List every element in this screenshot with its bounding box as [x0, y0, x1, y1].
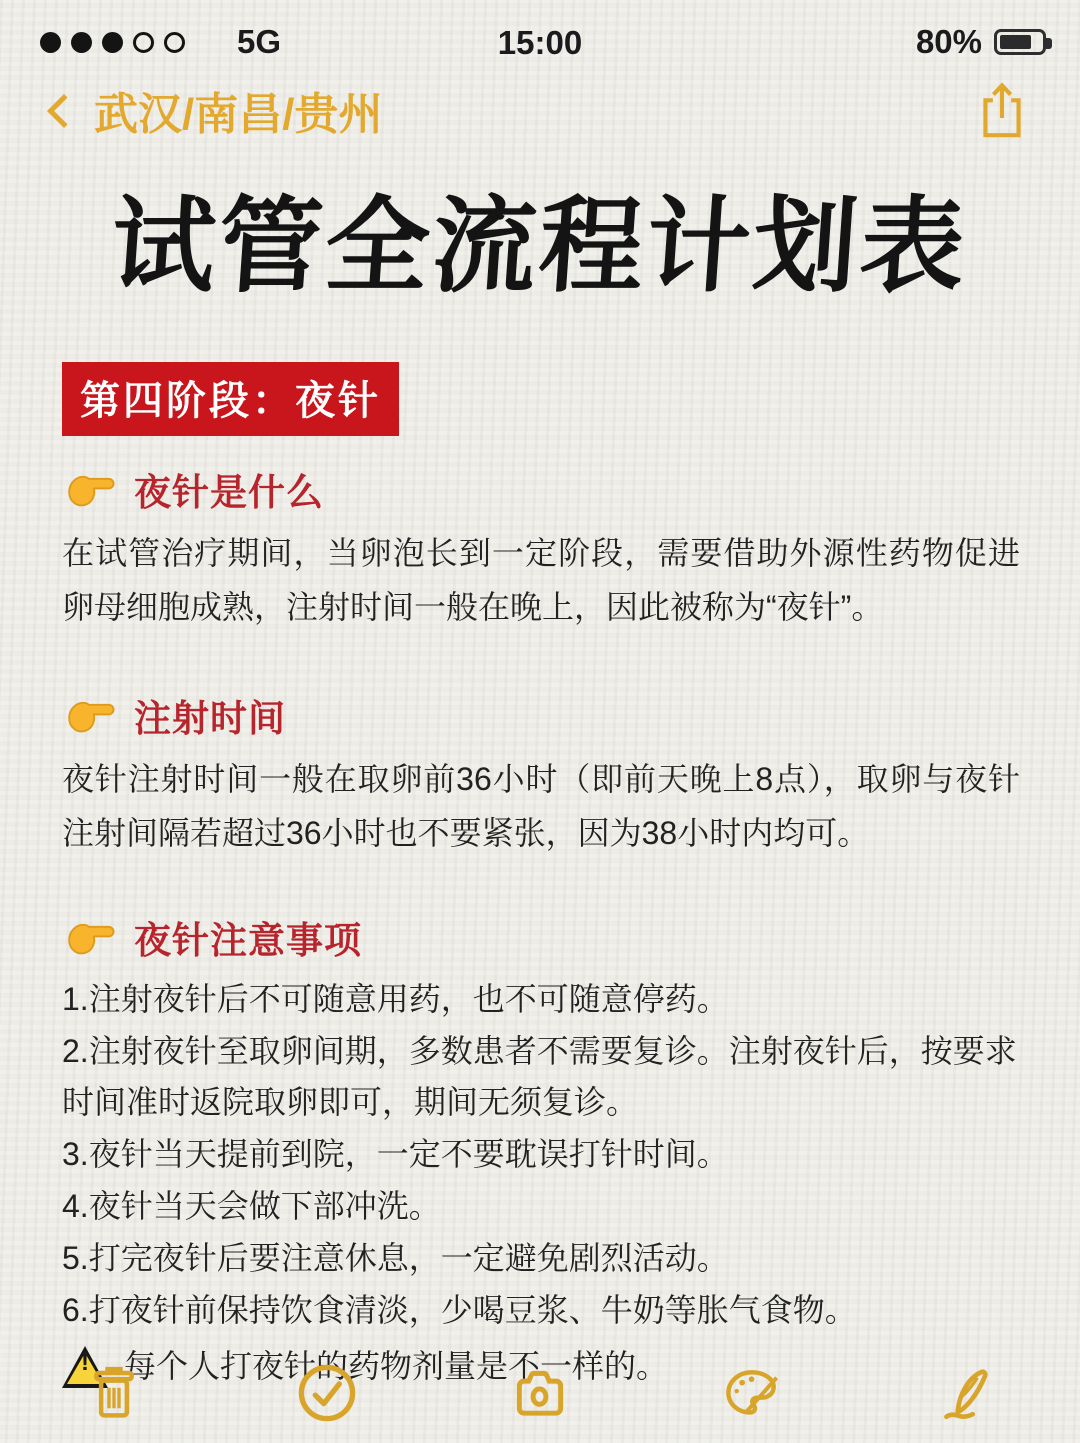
nav-bar: 武汉/南昌/贵州: [0, 64, 1080, 140]
precautions-list: 1.注射夜针后不可随意用药，也不可随意停药。 2.注射夜针至取卵间期，多数患者不…: [62, 974, 1020, 1336]
section-injection-time: 注射时间 夜针注射时间一般在取卵前36小时（即前天晚上8点），取卵与夜针注射间隔…: [62, 688, 1020, 860]
section-what-is-night-injection: 夜针是什么 在试管治疗期间，当卵泡长到一定阶段，需要借助外源性药物促进卵母细胞成…: [62, 462, 1020, 634]
checklist-button[interactable]: [295, 1361, 359, 1425]
pointing-right-hand-icon: [66, 917, 118, 957]
check-circle-icon: [295, 1360, 359, 1426]
back-button[interactable]: 武汉/南昌/贵州: [52, 78, 382, 142]
section-precautions: 夜针注意事项 1.注射夜针后不可随意用药，也不可随意停药。 2.注射夜针至取卵间…: [62, 910, 1020, 1390]
bottom-toolbar: [0, 1349, 1080, 1437]
quill-pen-icon: [935, 1362, 997, 1424]
list-item: 2.注射夜针至取卵间期，多数患者不需要复诊。注射夜针后，按要求时间准时返院取卵即…: [62, 1026, 1020, 1128]
status-bar: 5G 15:00 80%: [0, 0, 1080, 64]
back-label: 武汉/南昌/贵州: [94, 78, 382, 142]
section-header: 注射时间: [62, 688, 1020, 742]
share-export-icon: [976, 78, 1028, 142]
pointing-right-hand-icon: [66, 469, 118, 509]
palette-icon: [721, 1362, 785, 1424]
page-title: 试管全流程计划表: [0, 162, 1080, 312]
markup-button[interactable]: [721, 1361, 785, 1425]
list-item: 1.注射夜针后不可随意用药，也不可随意停药。: [62, 974, 1020, 1025]
section-body: 夜针注射时间一般在取卵前36小时（即前天晚上8点），取卵与夜针注射间隔若超过36…: [62, 752, 1020, 860]
battery-icon: [994, 29, 1046, 55]
section-title: 注射时间: [134, 688, 286, 742]
status-time: 15:00: [0, 24, 1080, 62]
share-button[interactable]: [970, 78, 1034, 142]
trash-icon: [85, 1362, 143, 1424]
list-item: 6.打夜针前保持饮食清淡，少喝豆浆、牛奶等胀气食物。: [62, 1285, 1020, 1336]
section-title: 夜针是什么: [134, 462, 324, 516]
section-header: 夜针是什么: [62, 462, 1020, 516]
section-header: 夜针注意事项: [62, 910, 1020, 964]
compose-button[interactable]: [934, 1361, 998, 1425]
delete-button[interactable]: [82, 1361, 146, 1425]
camera-button[interactable]: [508, 1361, 572, 1425]
list-item: 3.夜针当天提前到院，一定不要耽误打针时间。: [62, 1129, 1020, 1180]
stage-banner: 第四阶段：夜针: [62, 362, 399, 436]
camera-icon: [509, 1362, 571, 1424]
list-item: 5.打完夜针后要注意休息，一定避免剧烈活动。: [62, 1233, 1020, 1284]
chevron-left-icon: [47, 94, 81, 128]
section-title: 夜针注意事项: [134, 910, 362, 964]
section-body: 在试管治疗期间，当卵泡长到一定阶段，需要借助外源性药物促进卵母细胞成熟，注射时间…: [62, 526, 1020, 634]
list-item: 4.夜针当天会做下部冲洗。: [62, 1181, 1020, 1232]
pointing-right-hand-icon: [66, 695, 118, 735]
